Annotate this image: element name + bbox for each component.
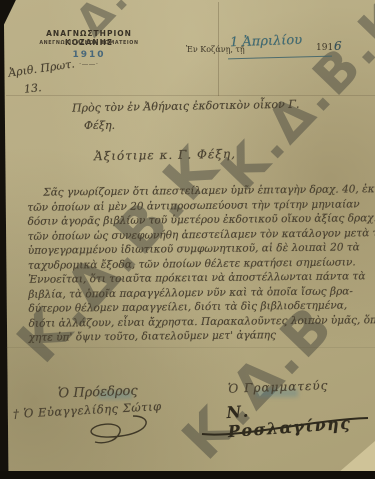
dateline-handwritten-date: 1 Ἀπριλίου xyxy=(230,33,303,51)
secretary-signature-flourish xyxy=(200,414,372,438)
recipient-line: Φέξη. xyxy=(84,119,115,132)
photo-edge xyxy=(0,471,375,479)
body-text: Σᾶς γνωρίζομεν ὅτι ἀπεστείλαμεν ὑμῖν ἐπι… xyxy=(27,182,373,345)
dateline-year-digit: 6 xyxy=(334,39,342,53)
crease-horizontal-faint xyxy=(6,347,375,348)
salutation: Ἀξιότιμε κ. Γ. Φέξη, xyxy=(94,147,236,163)
letterhead-subtitle: ΑΝΕΓΝΩΡΙΣΜΕΝΟΝ ΣΩΜΑΤΕΙΟΝ xyxy=(24,41,154,46)
protocol-number: 13. xyxy=(23,81,42,96)
scanned-letter-photo: Κ.Δ.Β.Κ Κ.Δ.Β.Κ Κ.Δ.Β Δ.Β ΑΝΑΓΝΩΣΤΗΡΙΟΝ … xyxy=(0,0,375,479)
president-signature-flourish xyxy=(55,412,175,446)
letterhead-year: 1910 xyxy=(24,50,154,60)
dateline-printed-year: 191 xyxy=(316,43,333,53)
crease-horizontal xyxy=(6,95,375,96)
president-title: Ὁ Πρόεδρος xyxy=(58,384,138,402)
